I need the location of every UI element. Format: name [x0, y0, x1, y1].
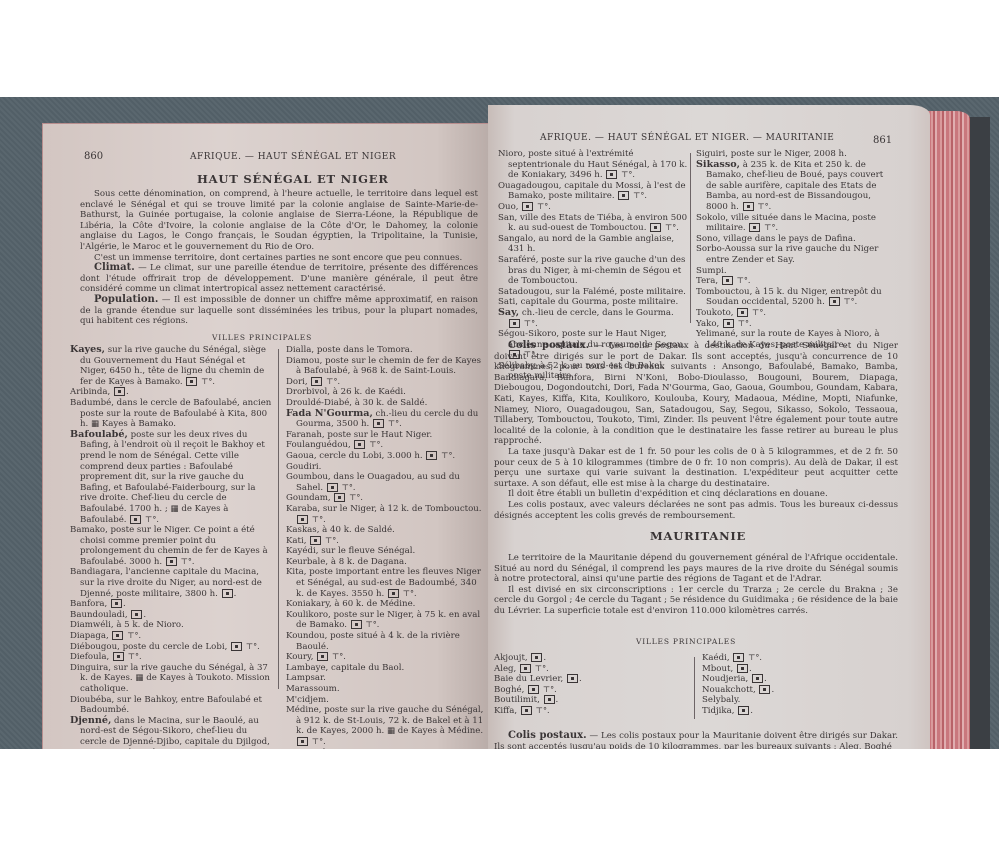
post-office-icon — [618, 191, 629, 200]
city-entry: Badumbé, dans le cercle de Bafoulabé, an… — [70, 398, 272, 430]
city-name: Selybaly. — [702, 695, 740, 705]
telegraph-icon: ⊤°. — [339, 483, 356, 492]
telegraph-icon: ⊤°. — [521, 319, 538, 328]
page-number: 860 — [84, 151, 103, 162]
city-name: Merinaghet. — [286, 748, 340, 749]
city-entry: Sono, village dans le pays de Dafina. — [696, 234, 888, 245]
post-office-icon — [354, 440, 365, 449]
city-entry: Dialla, poste dans le Tomora. — [286, 345, 486, 356]
city-entry: Ouo, ⊤°. — [498, 202, 688, 213]
city-list-col-1: Kayes, sur la rive gauche du Sénégal, si… — [70, 345, 272, 749]
post-office-icon — [297, 515, 308, 524]
city-entry: Baie du Levrier, . — [494, 674, 674, 685]
post-office-icon — [606, 170, 617, 179]
maur-city-list-col-2: Kaédi, ⊤°.Mbout, .Noudjeria, .Nouakchott… — [702, 653, 882, 717]
city-name: Aleg, — [494, 664, 516, 674]
city-name: Sokolo, — [696, 213, 728, 223]
city-name: Diapaga, — [70, 631, 109, 641]
city-entry: Nioro, poste situé à l'extrémité septent… — [498, 149, 688, 181]
city-name: Sumpi. — [696, 266, 727, 276]
city-entry: Sikasso, à 235 k. de Kita et 250 k. de B… — [696, 160, 888, 213]
city-entry: Koniakary, à 60 k. de Médine. — [286, 599, 486, 610]
telegraph-icon: ⊤°. — [309, 737, 326, 746]
city-entry: Akjoujt, . — [494, 653, 674, 664]
post-office-icon — [738, 706, 749, 715]
city-name: Diamou, — [286, 356, 322, 366]
city-name: Marassoum. — [286, 684, 340, 694]
city-name: Saraféré, — [498, 255, 538, 265]
post-office-icon — [327, 483, 338, 492]
city-name: Banfora, — [70, 599, 107, 609]
city-name: Kayes, — [70, 344, 105, 355]
city-name: Drorbivol, — [286, 387, 330, 397]
city-name: Kaskas, — [286, 525, 319, 535]
city-name: Yelimané, — [696, 329, 738, 339]
post-office-icon — [520, 664, 531, 673]
city-name: Nouakchott, — [702, 685, 756, 695]
city-entry: Diamou, poste sur le chemin de fer de Ka… — [286, 356, 486, 377]
city-entry: Kayes, sur la rive gauche du Sénégal, si… — [70, 345, 272, 387]
city-name: Bamako, — [70, 525, 108, 535]
city-entry: Karaba, sur le Niger, à 12 k. de Tombouc… — [286, 504, 486, 525]
city-entry: Boutilimit, . — [494, 695, 674, 706]
post-office-icon — [567, 674, 578, 683]
city-name: Sati, — [498, 297, 518, 307]
city-entry: Toukoto, ⊤°. — [696, 308, 888, 319]
city-name: Médine, — [286, 705, 322, 715]
telegraph-icon: ⊤°. — [534, 202, 551, 211]
city-name: Fada N'Gourma, — [286, 408, 373, 419]
city-name: Toukoto, — [696, 308, 734, 318]
post-office-icon — [737, 308, 748, 317]
city-name: M'cidjem. — [286, 695, 329, 705]
city-name: Yako, — [696, 319, 719, 329]
post-office-icon — [522, 202, 533, 211]
page-edges — [928, 111, 970, 749]
telegraph-icon: ⊤°. — [735, 319, 752, 328]
running-head: AFRIQUE. — HAUT SÉNÉGAL ET NIGER. — MAUR… — [540, 133, 834, 143]
city-entry: Tombouctou, à 15 k. du Niger, entrepôt d… — [696, 287, 888, 308]
intro-paragraph-2: C'est un immense territoire, dont certai… — [80, 253, 478, 264]
population-paragraph: Population. — Il est impossible de donne… — [80, 295, 478, 327]
post-office-icon — [426, 451, 437, 460]
city-name: Satadougou, — [498, 287, 553, 297]
city-name: Faranah, — [286, 430, 325, 440]
city-entry: Diamwéli, à 5 k. de Nioro. — [70, 620, 272, 631]
city-entry: Faranah, poste sur le Haut Niger. — [286, 430, 486, 441]
post-office-icon — [531, 653, 542, 662]
city-entry: Tera, ⊤°. — [696, 276, 888, 287]
city-name: Sorbo-Aoussa — [696, 244, 756, 254]
city-entry: Banfora, . — [70, 599, 272, 610]
column-rule — [694, 657, 695, 719]
city-name: Koulikoro, — [286, 610, 331, 620]
city-name: Goudiri. — [286, 462, 321, 472]
telegraph-icon: ⊤°. — [662, 223, 679, 232]
telegraph-icon: ⊤°. — [745, 653, 762, 662]
post-office-icon — [113, 652, 124, 661]
telegraph-icon: ⊤°. — [346, 493, 363, 502]
city-name: Kayédi, — [286, 546, 318, 556]
city-entry: Kati, ⊤°. — [286, 536, 486, 547]
city-name: Baundouladi, — [70, 610, 128, 620]
telegraph-icon: ⊤°. — [363, 620, 380, 629]
city-entry: M'cidjem. — [286, 695, 486, 706]
left-page: 860 AFRIQUE. — HAUT SÉNÉGAL ET NIGER HAU… — [42, 123, 490, 749]
telegraph-icon: ⊤°. — [400, 589, 417, 598]
city-entry: Merinaghet. — [286, 748, 486, 749]
city-name: Tera, — [696, 276, 718, 286]
post-office-icon — [743, 202, 754, 211]
city-entry: Saraféré, poste sur la rive gauche d'un … — [498, 255, 688, 287]
post-office-icon — [310, 536, 321, 545]
post-office-icon — [231, 642, 242, 651]
villes-heading: VILLES PRINCIPALES — [212, 333, 312, 342]
city-name: Dinguira, — [70, 663, 111, 673]
city-name: Dori, — [286, 377, 308, 387]
city-entry: Goumbou, dans le Ouagadou, au sud du Sah… — [286, 472, 486, 493]
city-name: Say, — [498, 307, 519, 318]
telegraph-icon: ⊤°. — [178, 557, 195, 566]
telegraph-icon: ⊤°. — [618, 170, 635, 179]
city-name: Lambaye, — [286, 663, 328, 673]
city-name: Tidjika, — [702, 706, 734, 716]
book-photo: 860 AFRIQUE. — HAUT SÉNÉGAL ET NIGER HAU… — [0, 97, 999, 749]
section-title: HAUT SÉNÉGAL ET NIGER — [197, 172, 389, 186]
city-name: Karaba, — [286, 504, 320, 514]
post-office-icon — [131, 610, 142, 619]
post-office-icon — [114, 387, 125, 396]
climat-paragraph: Climat. — Le climat, sur une pareille ét… — [80, 263, 478, 295]
telegraph-icon: ⊤°. — [734, 276, 751, 285]
post-office-icon — [111, 599, 122, 608]
city-entry: Drorbivol, à 26 k. de Kaédi. — [286, 387, 486, 398]
city-entry: San, ville des Etats de Tiéba, à environ… — [498, 213, 688, 234]
intro-text: Sous cette dénomination, on comprend, à … — [80, 189, 478, 327]
city-entry: Dioubéba, sur le Bahkoy, entre Bafoulabé… — [70, 695, 272, 716]
city-entry: Dinguira, sur la rive gauche du Sénégal,… — [70, 663, 272, 695]
post-office-icon — [351, 620, 362, 629]
telegraph-icon: ⊤°. — [366, 440, 383, 449]
city-name: Koniakary, — [286, 599, 332, 609]
city-list-col-2: Siguiri, poste sur le Niger, 2008 h.Sika… — [696, 149, 888, 350]
city-name: Mbout, — [702, 664, 733, 674]
post-office-icon — [749, 223, 760, 232]
post-office-icon — [723, 319, 734, 328]
city-entry: Marassoum. — [286, 684, 486, 695]
city-name: Boghé, — [494, 685, 524, 695]
city-entry: Lambaye, capitale du Baol. — [286, 663, 486, 674]
city-entry: Noudjeria, . — [702, 674, 882, 685]
city-name: Dioubéba, — [70, 695, 114, 705]
climat-label: Climat. — [94, 262, 135, 273]
telegraph-icon: ⊤°. — [309, 515, 326, 524]
city-name: Sangalo, — [498, 234, 536, 244]
page-number: 861 — [873, 135, 892, 146]
city-entry: Kita, poste important entre les fleuves … — [286, 567, 486, 599]
city-entry: Foulanguédou, ⊤°. — [286, 440, 486, 451]
city-entry: Sati, capitale du Gourma, poste militair… — [498, 297, 688, 308]
maur-city-list-col-1: Akjoujt, .Aleg, ⊤°.Baie du Levrier, .Bog… — [494, 653, 674, 717]
telegraph-icon: ⊤°. — [142, 515, 159, 524]
post-office-icon — [650, 223, 661, 232]
city-name: Koundou, — [286, 631, 327, 641]
telegraph-icon: ⊤°. — [124, 631, 141, 640]
telegraph-icon: ⊤°. — [438, 451, 455, 460]
city-entry: Koundou, poste situé à 4 k. de la rivièr… — [286, 631, 486, 652]
post-office-icon — [722, 276, 733, 285]
city-name: Goundam, — [286, 493, 331, 503]
city-entry: Kaédi, ⊤°. — [702, 653, 882, 664]
post-office-icon — [222, 589, 233, 598]
post-office-icon — [521, 706, 532, 715]
city-entry: Dori, ⊤°. — [286, 377, 486, 388]
city-entry: Aleg, ⊤°. — [494, 664, 674, 675]
city-entry: Aribinda, . — [70, 387, 272, 398]
city-entry: Diébougou, poste du cercle de Lobi, ⊤°. — [70, 642, 272, 653]
post-office-icon — [737, 664, 748, 673]
city-entry: Diapaga, ⊤°. — [70, 631, 272, 642]
city-entry: Djenné, dans le Macina, sur le Baoulé, a… — [70, 716, 272, 749]
city-name: Bafoulabé, — [70, 429, 128, 440]
city-name: Koury, — [286, 652, 313, 662]
post-office-icon — [733, 653, 744, 662]
post-office-icon — [509, 319, 520, 328]
city-entry: Goudiri. — [286, 462, 486, 473]
city-entry: Boghé, ⊤°. — [494, 685, 674, 696]
city-name: Sikasso, — [696, 159, 740, 170]
city-entry: Satadougou, sur la Falémé, poste militai… — [498, 287, 688, 298]
post-office-icon — [528, 685, 539, 694]
city-name: Tombouctou, — [696, 287, 752, 297]
city-name: Boutilimit, — [494, 695, 540, 705]
telegraph-icon: ⊤°. — [125, 652, 142, 661]
telegraph-icon: ⊤°. — [198, 377, 215, 386]
post-office-icon — [752, 674, 763, 683]
city-name: San, — [498, 213, 517, 223]
city-name: Diefoula, — [70, 652, 109, 662]
telegraph-icon: ⊤°. — [532, 664, 549, 673]
city-name: Gaoua, — [286, 451, 317, 461]
post-office-icon — [311, 377, 322, 386]
mauritanie-intro: Le territoire de la Mauritanie dépend du… — [494, 553, 898, 617]
city-entry: Sokolo, ville située dans le Macina, pos… — [696, 213, 888, 234]
post-office-icon — [317, 652, 328, 661]
column-rule — [690, 153, 691, 323]
city-entry: Koury, ⊤°. — [286, 652, 486, 663]
telegraph-icon: ⊤°. — [323, 377, 340, 386]
city-entry: Baundouladi, . — [70, 610, 272, 621]
population-label: Population. — [94, 294, 158, 305]
city-name: Diamwéli, — [70, 620, 114, 630]
city-entry: Selybaly. — [702, 695, 882, 706]
column-rule — [278, 349, 279, 689]
post-office-icon — [759, 685, 770, 694]
city-entry: Tidjika, . — [702, 706, 882, 717]
city-name: Drouldé-Diabé, — [286, 398, 352, 408]
colis-mauritanie: Colis postaux. — Les colis postaux pour … — [494, 731, 898, 749]
city-name: Aribinda, — [70, 387, 110, 397]
post-office-icon — [130, 515, 141, 524]
post-office-icon — [112, 631, 123, 640]
city-entry: Sumpi. — [696, 266, 888, 277]
post-office-icon — [186, 377, 197, 386]
city-name: Kita, — [286, 567, 306, 577]
city-name: Goumbou, — [286, 472, 331, 482]
telegraph-icon: ⊤°. — [755, 202, 772, 211]
city-name: Noudjeria, — [702, 674, 748, 684]
colis-postaux-section: Colis postaux. — Les colis postaux à des… — [494, 341, 898, 521]
telegraph-icon: ⊤°. — [322, 536, 339, 545]
mauritanie-title: MAURITANIE — [650, 529, 746, 543]
city-name: Dialla, — [286, 345, 314, 355]
city-name: Kati, — [286, 536, 306, 546]
city-entry: Bafoulabé, poste sur les deux rives du B… — [70, 430, 272, 525]
city-name: Kaédi, — [702, 653, 730, 663]
telegraph-icon: ⊤°. — [243, 642, 260, 651]
right-page: AFRIQUE. — HAUT SÉNÉGAL ET NIGER. — MAUR… — [488, 105, 930, 749]
colis-label: Colis postaux. — [508, 340, 589, 351]
city-name: Bandiagara, — [70, 567, 123, 577]
post-office-icon — [166, 557, 177, 566]
city-list-col-2: Dialla, poste dans le Tomora.Diamou, pos… — [286, 345, 486, 749]
city-entry: Kayédi, sur le fleuve Sénégal. — [286, 546, 486, 557]
city-name: Djenné, — [70, 715, 111, 726]
telegraph-icon: ⊤°. — [540, 685, 557, 694]
intro-paragraph: Sous cette dénomination, on comprend, à … — [80, 189, 478, 253]
post-office-icon — [544, 695, 555, 704]
city-name: Kiffa, — [494, 706, 517, 716]
villes-heading: VILLES PRINCIPALES — [636, 637, 736, 646]
city-name: Ségou-Sikoro, — [498, 329, 559, 339]
city-entry: Lampsar. — [286, 673, 486, 684]
post-office-icon — [334, 493, 345, 502]
city-entry: Fada N'Gourma, ch.-lieu du cercle du du … — [286, 409, 486, 430]
city-entry: Yako, ⊤°. — [696, 319, 888, 330]
city-name: Ouo, — [498, 202, 519, 212]
city-entry: Sorbo-Aoussa sur la rive gauche du Niger… — [696, 244, 888, 265]
city-entry: Ouagadougou, capitale du Mossi, à l'est … — [498, 181, 688, 202]
city-entry: Kaskas, à 40 k. de Saldé. — [286, 525, 486, 536]
telegraph-icon: ⊤°. — [533, 706, 550, 715]
telegraph-icon: ⊤°. — [761, 223, 778, 232]
telegraph-icon: ⊤°. — [841, 297, 858, 306]
city-name: Ouagadougou, — [498, 181, 561, 191]
post-office-icon — [388, 589, 399, 598]
city-entry: Sangalo, au nord de la Gambie anglaise, … — [498, 234, 688, 255]
city-entry: Nouakchott, . — [702, 685, 882, 696]
city-entry: Kiffa, ⊤°. — [494, 706, 674, 717]
city-entry: Mbout, . — [702, 664, 882, 675]
running-head: AFRIQUE. — HAUT SÉNÉGAL ET NIGER — [190, 152, 396, 162]
city-entry: Koulikoro, poste sur le Niger, à 75 k. e… — [286, 610, 486, 631]
city-name: Diébougou, — [70, 642, 120, 652]
city-entry: Bamako, poste sur le Niger. Ce point a é… — [70, 525, 272, 567]
city-entry: Keurbale, à 8 k. de Dagana. — [286, 557, 486, 568]
telegraph-icon: ⊤°. — [749, 308, 766, 317]
city-name: Akjoujt, — [494, 653, 528, 663]
telegraph-icon: ⊤°. — [329, 652, 346, 661]
city-name: Sono, — [696, 234, 721, 244]
city-entry: Médine, poste sur la rive gauche du Séné… — [286, 705, 486, 747]
post-office-icon — [829, 297, 840, 306]
city-name: Baie du Levrier, — [494, 674, 563, 684]
city-entry: Say, ch.-lieu de cercle, dans le Gourma.… — [498, 308, 688, 329]
city-entry: Bandiagara, l'ancienne capitale du Macin… — [70, 567, 272, 599]
city-name: Lampsar. — [286, 673, 326, 683]
post-office-icon — [373, 419, 384, 428]
city-entry: Goundam, ⊤°. — [286, 493, 486, 504]
telegraph-icon: ⊤°. — [385, 419, 402, 428]
telegraph-icon: ⊤°. — [630, 191, 647, 200]
city-entry: Diefoula, ⊤°. — [70, 652, 272, 663]
city-name: Foulanguédou, — [286, 440, 351, 450]
city-name: Keurbale, — [286, 557, 328, 567]
city-name: Siguiri, — [696, 149, 728, 159]
post-office-icon — [297, 737, 308, 746]
city-entry: Gaoua, cercle du Lobi, 3.000 h. ⊤°. — [286, 451, 486, 462]
city-name: Nioro, — [498, 149, 525, 159]
city-name: Badumbé, — [70, 398, 114, 408]
